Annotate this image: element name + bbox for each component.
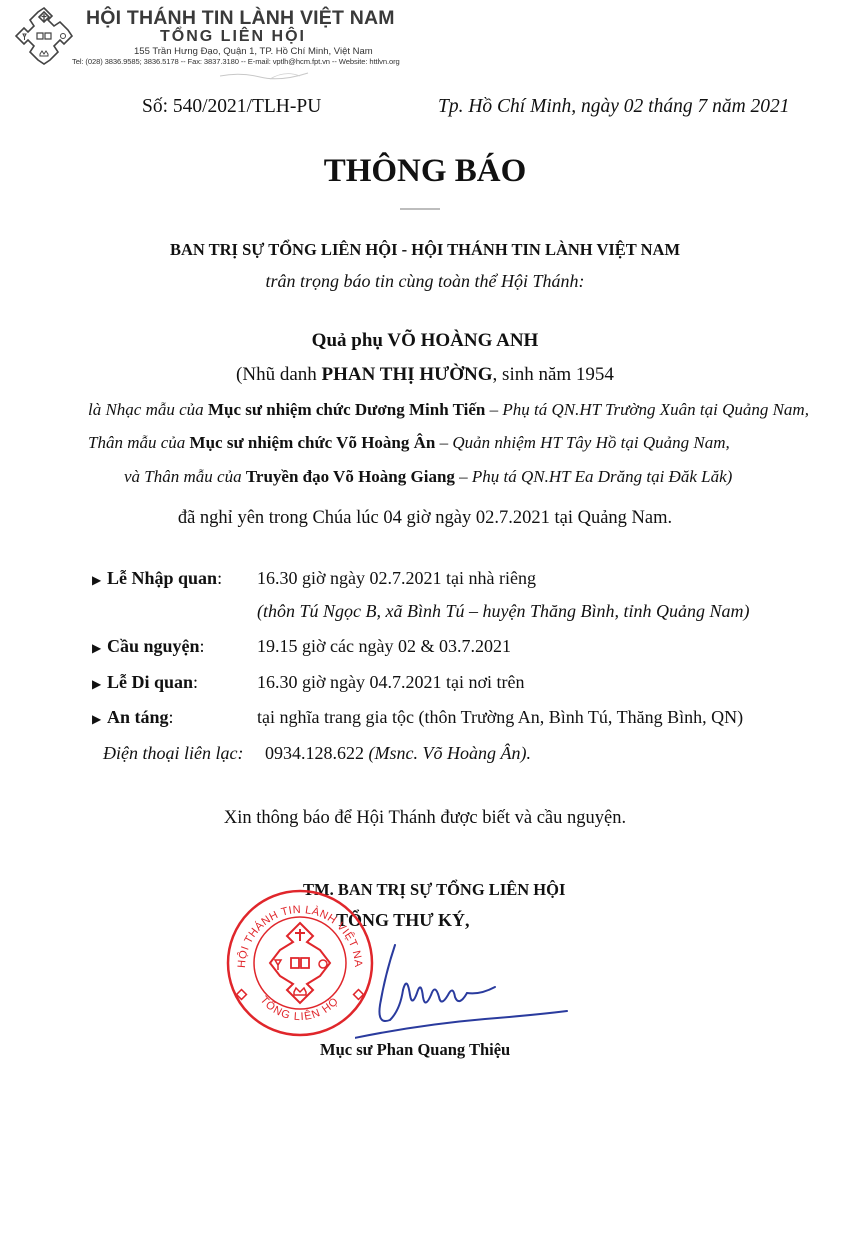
schedule-label-text: Lễ Nhập quan	[107, 568, 217, 588]
maiden-suffix: , sinh năm 1954	[493, 364, 614, 385]
phone-number: 0934.128.622	[265, 743, 369, 763]
relation-line: và Thân mẫu của Truyền đạo Võ Hoàng Gian…	[124, 467, 732, 487]
schedule-label: An táng:	[107, 707, 174, 728]
signatory-name: Mục sư Phan Quang Thiệu	[320, 1040, 510, 1060]
maiden-prefix: (Nhũ danh	[236, 364, 321, 385]
relation-line: là Nhạc mẫu của Mục sư nhiệm chức Dương …	[88, 400, 809, 420]
flourish-ornament-icon	[220, 70, 310, 84]
closing-statement: Xin thông báo để Hội Thánh được biết và …	[0, 808, 850, 829]
relation-person: Truyền đạo Võ Hoàng Giang	[246, 467, 455, 486]
schedule-value: 19.15 giờ các ngày 02 & 03.7.2021	[257, 636, 511, 657]
schedule-value: 16.30 giờ ngày 04.7.2021 tại nơi trên	[257, 672, 525, 693]
relation-person: Mục sư nhiệm chức Dương Minh Tiến	[208, 400, 485, 419]
passed-away-statement: đã nghỉ yên trong Chúa lúc 04 giờ ngày 0…	[0, 508, 850, 529]
letterhead-sub-name: TỔNG LIÊN HỘI	[160, 28, 306, 46]
handwritten-signature-icon	[355, 935, 570, 1045]
schedule-item: ▶ Cầu nguyện: 19.15 giờ các ngày 02 & 03…	[0, 636, 850, 664]
phone-contact-person: (Msnc. Võ Hoàng Ân).	[369, 743, 531, 763]
schedule-label-text: An táng	[107, 707, 169, 727]
triangle-right-icon: ▶	[92, 641, 101, 656]
relation-line: Thân mẫu của Mục sư nhiệm chức Võ Hoàng …	[88, 433, 730, 453]
letterhead-address: 155 Trần Hưng Đạo, Quận 1, TP. Hồ Chí Mi…	[134, 46, 373, 57]
document-number: Số: 540/2021/TLH-PU	[142, 96, 321, 118]
relation-prefix: và Thân mẫu của	[124, 467, 246, 486]
relation-suffix: – Phụ tá QN.HT Trường Xuân tại Quảng Nam…	[485, 400, 809, 419]
greeting: trân trọng báo tin cùng toàn thể Hội Thá…	[0, 271, 850, 292]
schedule-value: tại nghĩa trang gia tộc (thôn Trường An,…	[257, 707, 743, 728]
phone-label: Điện thoại liên lạc:	[103, 743, 243, 764]
church-cross-emblem-icon	[14, 6, 74, 66]
title-divider	[400, 208, 440, 210]
schedule-label: Lễ Nhập quan:	[107, 568, 222, 589]
place-date: Tp. Hồ Chí Minh, ngày 02 tháng 7 năm 202…	[438, 96, 790, 118]
schedule-item: ▶ Lễ Di quan: 16.30 giờ ngày 04.7.2021 t…	[0, 672, 850, 700]
schedule-item: ▶ Lễ Nhập quan: 16.30 giờ ngày 02.7.2021…	[0, 568, 850, 596]
schedule-label-text: Cầu nguyện	[107, 636, 200, 656]
relation-suffix: – Quản nhiệm HT Tây Hồ tại Quảng Nam,	[435, 433, 729, 452]
schedule-label: Cầu nguyện:	[107, 636, 205, 657]
letterhead-org-name: HỘI THÁNH TIN LÀNH VIỆT NAM	[86, 7, 395, 30]
triangle-right-icon: ▶	[92, 712, 101, 727]
schedule-label-text: Lễ Di quan	[107, 672, 193, 692]
relation-prefix: Thân mẫu của	[88, 433, 190, 452]
triangle-right-icon: ▶	[92, 677, 101, 692]
letterhead-contact: Tel: (028) 3836.9585; 3836.5178 -- Fax: …	[72, 57, 400, 66]
schedule-item: ▶ An táng: tại nghĩa trang gia tộc (thôn…	[0, 707, 850, 735]
schedule-label: Lễ Di quan:	[107, 672, 198, 693]
page-title: THÔNG BÁO	[0, 153, 850, 190]
triangle-right-icon: ▶	[92, 573, 101, 588]
maiden-name: PHAN THỊ HƯỜNG	[322, 364, 493, 385]
maiden-name-line: (Nhũ danh PHAN THỊ HƯỜNG, sinh năm 1954	[0, 364, 850, 386]
relation-suffix: – Phụ tá QN.HT Ea Drăng tại Đăk Lăk)	[455, 467, 732, 486]
official-seal-icon: HỘI THÁNH TIN LÀNH VIỆT NAM (MIỀN NAM) T…	[225, 888, 375, 1038]
issuer: BAN TRỊ SỰ TỔNG LIÊN HỘI - HỘI THÁNH TIN…	[0, 240, 850, 260]
relation-prefix: là Nhạc mẫu của	[88, 400, 208, 419]
relation-person: Mục sư nhiệm chức Võ Hoàng Ân	[190, 433, 436, 452]
schedule-detail: (thôn Tú Ngọc B, xã Bình Tú – huyện Thăn…	[0, 601, 850, 629]
deceased-name: Quả phụ VÕ HOÀNG ANH	[0, 330, 850, 352]
schedule-detail-text: (thôn Tú Ngọc B, xã Bình Tú – huyện Thăn…	[257, 601, 749, 622]
schedule-value: 16.30 giờ ngày 02.7.2021 tại nhà riêng	[257, 568, 536, 589]
phone-contact: 0934.128.622 (Msnc. Võ Hoàng Ân).	[265, 743, 531, 764]
